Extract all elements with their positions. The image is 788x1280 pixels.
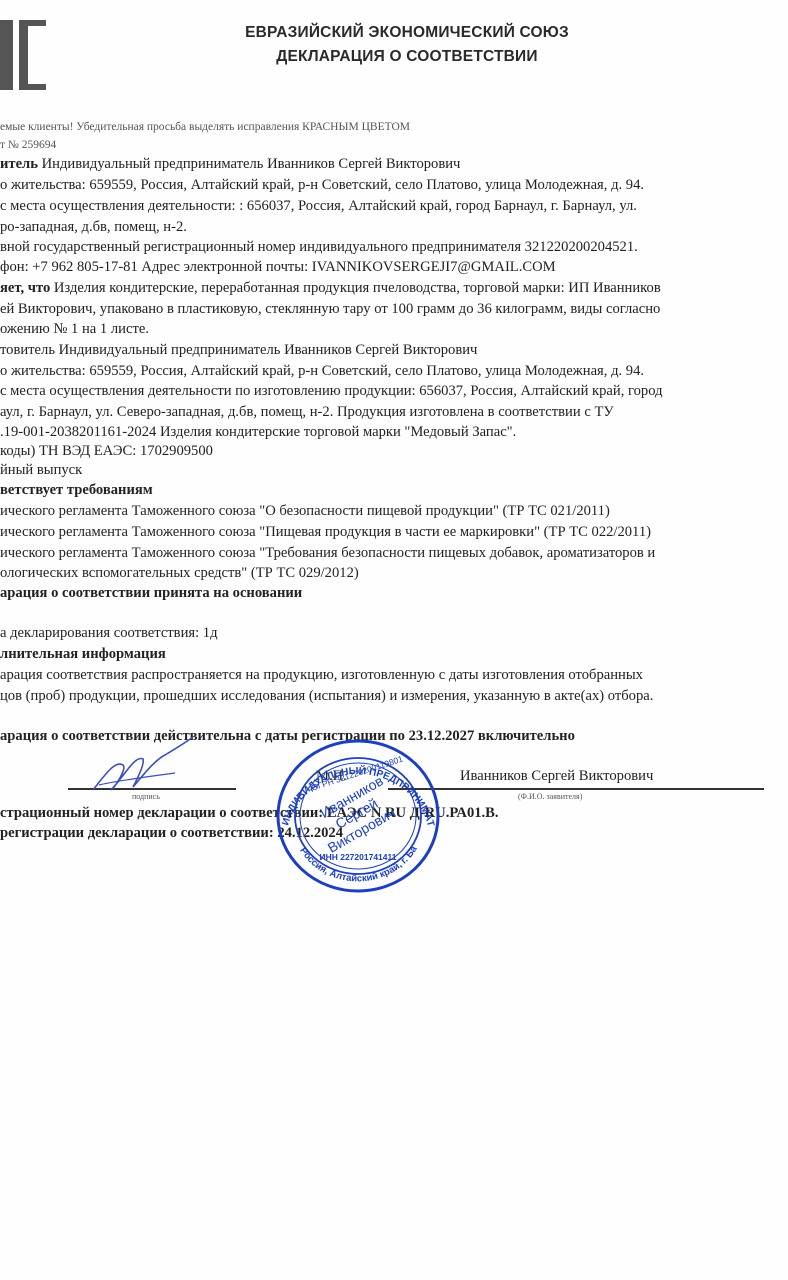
tnved-code: коды) ТН ВЭД ЕАЭС: 1702909500 — [0, 443, 213, 460]
declares-line-3: ожению № 1 на 1 листе. — [0, 321, 149, 338]
additional-info-label: лнительная информация — [0, 646, 166, 663]
name-line — [388, 788, 764, 790]
release-type: йный выпуск — [0, 462, 82, 479]
applicant-contacts: фон: +7 962 805-17-81 Адрес электронной … — [0, 259, 556, 276]
manufacturer-name: товитель Индивидуальный предприниматель … — [0, 342, 477, 359]
declares-line-1: яет, что Изделия кондитерские, переработ… — [0, 280, 661, 297]
declares-text: Изделия кондитерские, переработанная про… — [50, 280, 660, 296]
manufacturer-activity-2: аул, г. Барнаул, ул. Северо-западная, д.… — [0, 404, 614, 421]
basis-label: арация о соответствии принята на основан… — [0, 585, 302, 602]
applicant-activity-1: с места осуществления деятельности: : 65… — [0, 198, 637, 215]
declaration-scheme: а декларирования соответствия: 1д — [0, 625, 218, 642]
requirement-item: ического регламента Таможенного союза "Т… — [0, 545, 655, 562]
additional-info-line-2: цов (проб) продукции, прошедших исследов… — [0, 688, 653, 705]
eac-mark-icon — [0, 20, 46, 90]
manufacturer-residence: о жительства: 659559, Россия, Алтайский … — [0, 363, 644, 380]
applicant-name: Индивидуальный предприниматель Иванников… — [38, 156, 460, 172]
correction-notice: емые клиенты! Убедительная просьба выдел… — [0, 121, 410, 133]
name-caption: (Ф.И.О. заявителя) — [518, 792, 582, 801]
applicant-signature-name: Иванников Сергей Викторович — [460, 768, 653, 785]
additional-info-line-1: арация соответствия распространяется на … — [0, 667, 643, 684]
declares-label: яет, что — [0, 280, 50, 296]
requirement-item: ического регламента Таможенного союза "О… — [0, 503, 610, 520]
stamp-inn: ИНН 227201741411 — [319, 852, 396, 862]
applicant-ogrnip: вной государственный регистрационный ном… — [0, 239, 638, 256]
manufacturer-activity-1: с места осуществления деятельности по из… — [0, 383, 663, 400]
declares-line-2: ей Викторович, упаковано в пластиковую, … — [0, 301, 660, 318]
order-number: т № 259694 — [0, 139, 56, 151]
document-title: ДЕКЛАРАЦИЯ О СООТВЕТСТВИИ — [212, 48, 602, 66]
applicant-line: итель Индивидуальный предприниматель Ива… — [0, 156, 460, 173]
applicant-residence: о жительства: 659559, Россия, Алтайский … — [0, 177, 644, 194]
union-title: ЕВРАЗИЙСКИЙ ЭКОНОМИЧЕСКИЙ СОЮЗ — [212, 24, 602, 42]
requirement-item: ологических вспомогательных средств" (ТР… — [0, 565, 359, 582]
manufacturer-activity-3: .19-001-2038201161-2024 Изделия кондитер… — [0, 424, 516, 441]
applicant-activity-2: ро-западная, д.бв, помещ, н-2. — [0, 219, 187, 236]
applicant-label: итель — [0, 156, 38, 172]
declaration-page: ЕВРАЗИЙСКИЙ ЭКОНОМИЧЕСКИЙ СОЮЗ ДЕКЛАРАЦИ… — [0, 0, 788, 1280]
requirements-label: ветствует требованиям — [0, 482, 153, 499]
signature-icon — [85, 735, 195, 797]
company-seal-icon: ИНДИВИДУАЛЬНЫЙ ПРЕДПРИНИМАТЕЛЬ Россия, А… — [275, 738, 441, 894]
requirement-item: ического регламента Таможенного союза "П… — [0, 524, 651, 541]
